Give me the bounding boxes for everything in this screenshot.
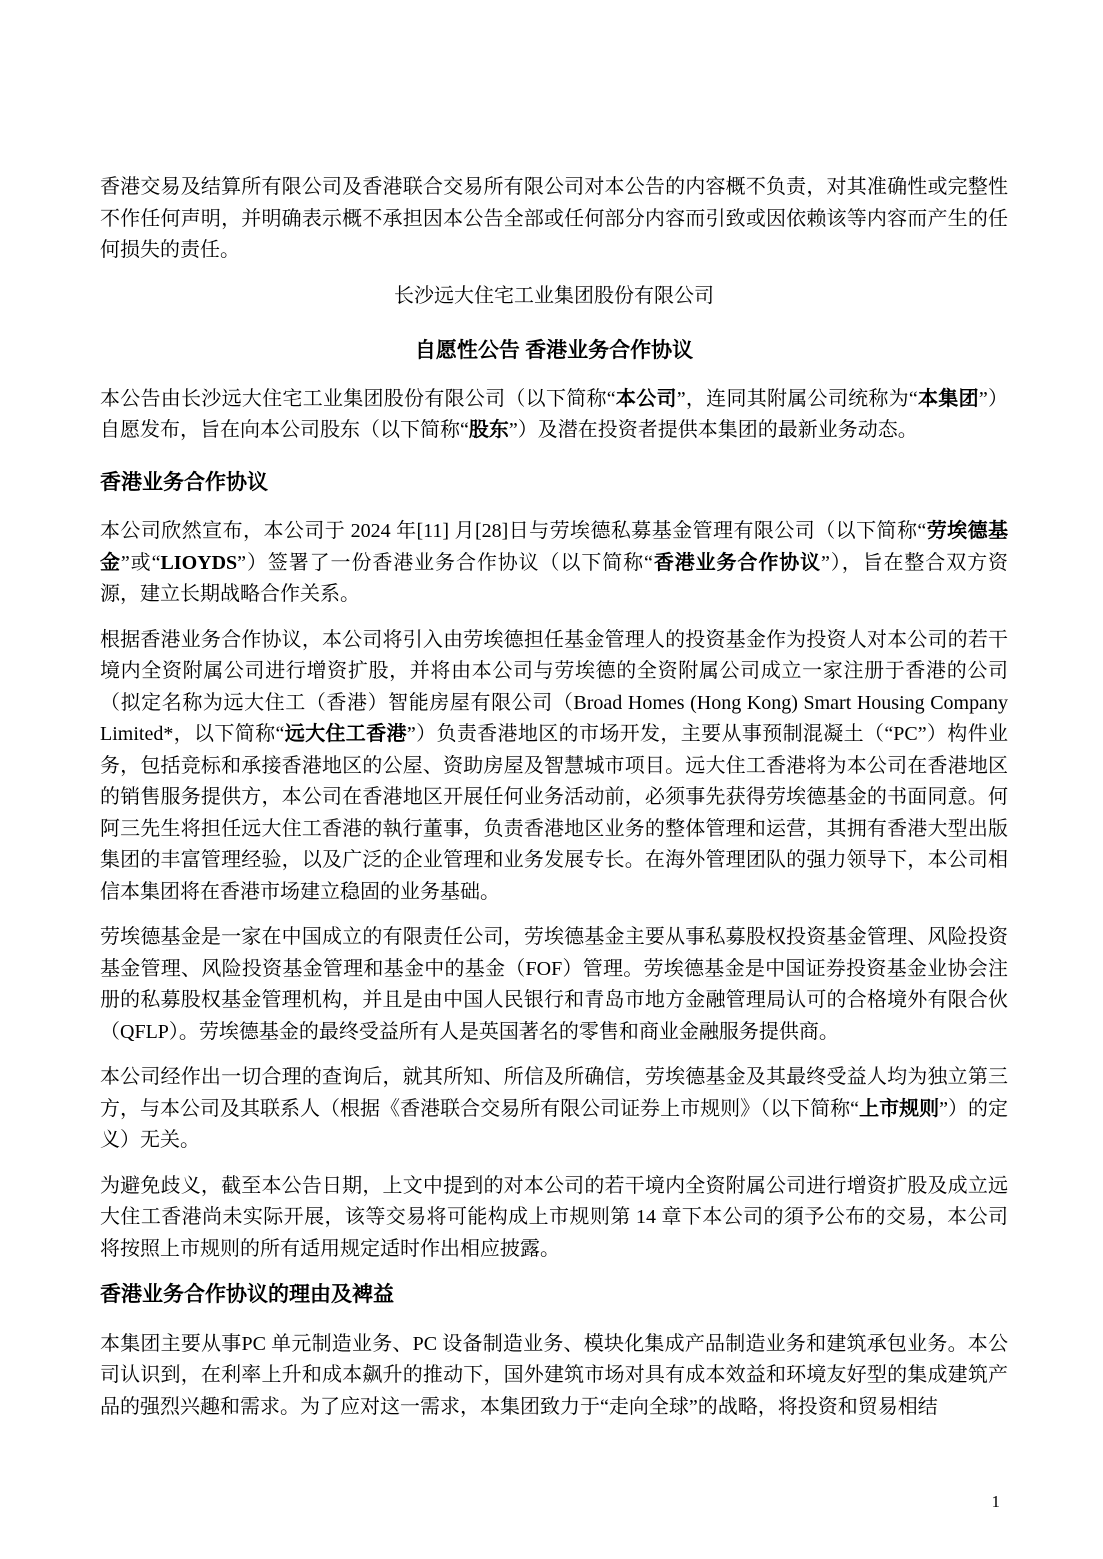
business-overview-paragraph: 本集团主要从事PC 单元制造业务、PC 设备制造业务、模块化集成产品制造业务和建… <box>100 1329 1008 1424</box>
agreement-details-paragraph: 根据香港业务合作协议，本公司将引入由劳埃德担任基金管理人的投资基金作为投资人对本… <box>100 625 1008 909</box>
lloyds-fund-description-paragraph: 劳埃德基金是一家在中国成立的有限责任公司，劳埃德基金主要从事私募股权投资基金管理… <box>100 922 1008 1048</box>
section-heading-hk-cooperation-agreement: 香港业务合作协议 <box>100 467 1008 499</box>
independence-confirmation-paragraph: 本公司经作出一切合理的查询后，就其所知、所信及所确信，劳埃德基金及其最终受益人均… <box>100 1062 1008 1157</box>
agreement-signing-paragraph: 本公司欣然宣布，本公司于 2024 年[11] 月[28]日与劳埃德私募基金管理… <box>100 516 1008 611</box>
announcement-page: 香港交易及结算所有限公司及香港联合交易所有限公司对本公告的内容概不负责，对其准确… <box>0 0 1103 1559</box>
announcement-title: 自愿性公告 香港业务合作协议 <box>100 335 1008 367</box>
document-content: 香港交易及结算所有限公司及香港联合交易所有限公司对本公告的内容概不负责，对其准确… <box>100 172 1008 1437</box>
company-name: 长沙远大住宅工业集团股份有限公司 <box>100 281 1008 313</box>
section-heading-reasons-and-benefits: 香港业务合作协议的理由及裨益 <box>100 1279 1008 1311</box>
exchange-disclaimer-paragraph: 香港交易及结算所有限公司及香港联合交易所有限公司对本公告的内容概不负责，对其准确… <box>100 172 1008 267</box>
intro-paragraph: 本公告由长沙远大住宅工业集团股份有限公司（以下简称“本公司”，连同其附属公司统称… <box>100 384 1008 447</box>
listing-rules-disclosure-paragraph: 为避免歧义，截至本公告日期，上文中提到的对本公司的若干境内全资附属公司进行增资扩… <box>100 1171 1008 1266</box>
page-number: 1 <box>992 1492 1001 1512</box>
